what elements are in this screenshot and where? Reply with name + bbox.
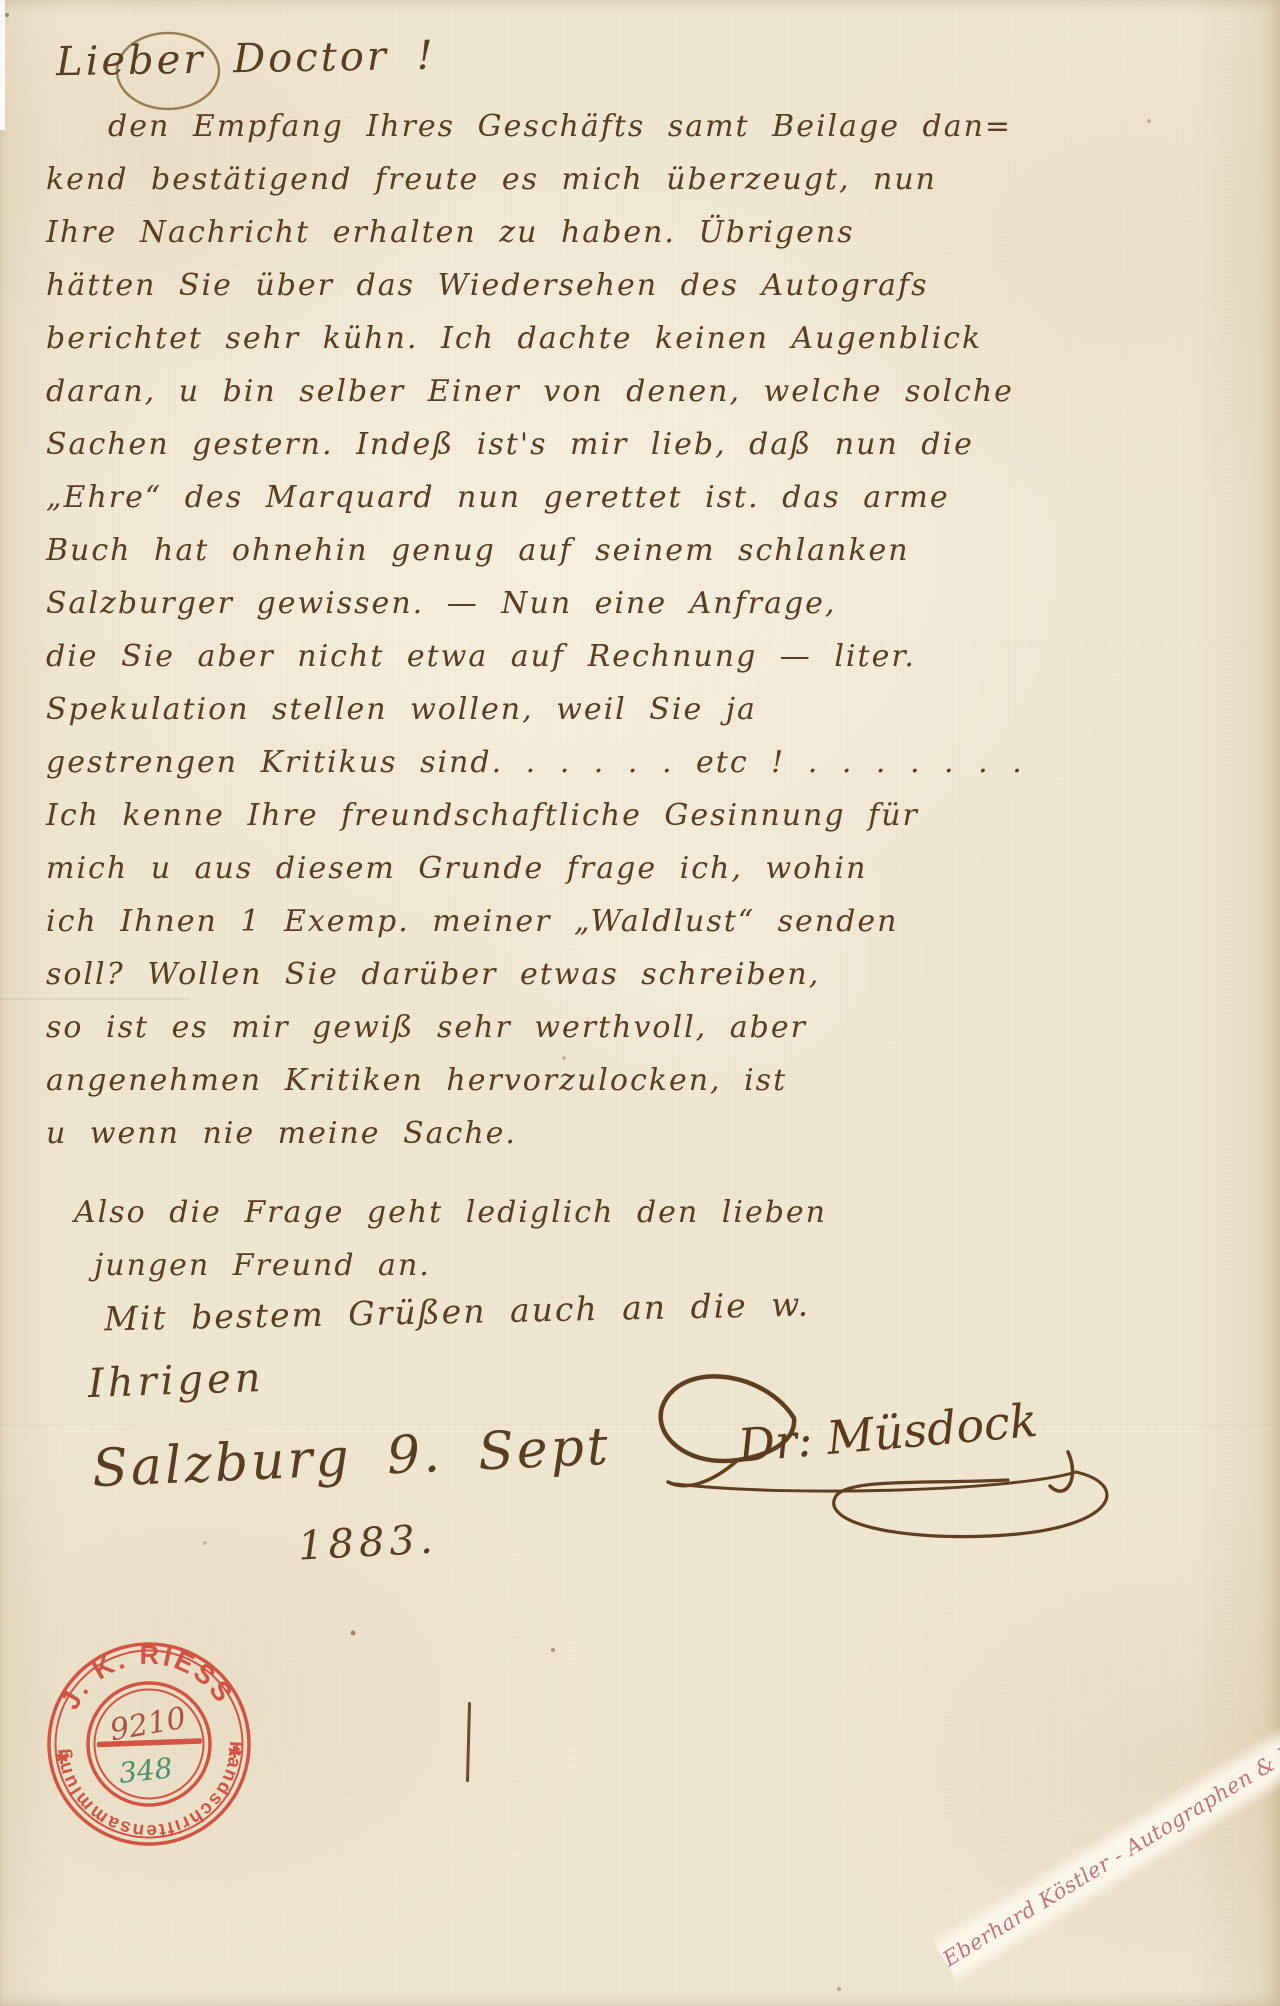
letter-line: die Sie aber nicht etwa auf Rechnung — l…: [46, 630, 1261, 683]
letter-line: hätten Sie über das Wiedersehen des Auto…: [46, 259, 1261, 312]
scan-edge-artifact: [0, 0, 5, 130]
letter-line: kend bestätigend freute es mich überzeug…: [46, 153, 1261, 206]
letter-line: u wenn nie meine Sache.: [46, 1107, 1261, 1160]
letter-line: Ihre Nachricht erhalten zu haben. Übrige…: [46, 206, 1261, 259]
closing-ihrigen: Ihrigen: [87, 1355, 265, 1407]
letter-line: ich Ihnen 1 Exemp. meiner „Waldlust“ sen…: [46, 895, 1261, 948]
stamp-number-green: 348: [117, 1751, 174, 1789]
paragraph: den Empfang Ihres Geschäfts samt Beilage…: [46, 100, 1261, 1160]
letter-line: Sachen gestern. Indeß ist's mir lieb, da…: [46, 418, 1261, 471]
letter-line: berichtet sehr kühn. Ich dachte keinen A…: [46, 312, 1261, 365]
paragraph: Also die Frage geht lediglich den lieben…: [46, 1186, 1261, 1292]
letter-line: mich u aus diesem Grunde frage ich, wohi…: [46, 842, 1261, 895]
dateline-place: Salzburg 9. Sept: [91, 1417, 612, 1500]
signature-group: Dr: Müsdock: [598, 1356, 1158, 1556]
letter-line: den Empfang Ihres Geschäfts samt Beilage…: [108, 100, 1261, 153]
letter-line: Ich kenne Ihre freundschaftliche Gesinnu…: [46, 789, 1261, 842]
stamp-top-text: J. K. RIESS: [53, 1636, 241, 1715]
dealer-watermark: Eberhard Köstler - Autographen & Bücher: [930, 1719, 1280, 1985]
letter-line: daran, u bin selber Einer von denen, wel…: [46, 365, 1261, 418]
stray-ink-mark: [466, 1702, 471, 1782]
letter-line: so ist es mir gewiß sehr werthvoll, aber: [46, 1001, 1261, 1054]
letter-line: Buch hat ohnehin genug auf seinem schlan…: [46, 524, 1261, 577]
watermark-text: Eberhard Köstler - Autographen & Bücher: [939, 1706, 1280, 1971]
closing-line: Mit bestem Grüßen auch an die w.: [104, 1285, 811, 1339]
letter-line: angenehmen Kritiken hervorzulocken, ist: [46, 1054, 1261, 1107]
collection-stamp: J. K. RIESS Handschriftensammlung ✱ ✱ 92…: [40, 1634, 257, 1853]
dateline-year: 1883.: [297, 1516, 439, 1569]
letter-line: soll? Wollen Sie darüber etwas schreiben…: [46, 948, 1261, 1001]
stamp-star-left-icon: ✱: [54, 1749, 69, 1769]
letter-salutation: Lieber Doctor !: [56, 33, 437, 86]
letter-line: Also die Frage geht lediglich den lieben: [74, 1186, 1261, 1239]
ink-specks: [0, 0, 2, 2]
letter-scan-page: Lieber Doctor ! den Empfang Ihres Geschä…: [0, 0, 1280, 2006]
svg-text:J. K. RIESS: J. K. RIESS: [53, 1636, 241, 1715]
stamp-star-right-icon: ✱: [227, 1743, 242, 1763]
letter-line: gestrengen Kritikus sind. . . . . . etc …: [46, 736, 1261, 789]
letter-line: Salzburger gewissen. — Nun eine Anfrage,: [46, 577, 1261, 630]
letter-line: jungen Freund an.: [94, 1239, 1261, 1292]
letter-line: „Ehre“ des Marquard nun gerettet ist. da…: [46, 471, 1261, 524]
letter-line: Spekulation stellen wollen, weil Sie ja: [46, 683, 1261, 736]
letter-body: den Empfang Ihres Geschäfts samt Beilage…: [46, 100, 1261, 1292]
